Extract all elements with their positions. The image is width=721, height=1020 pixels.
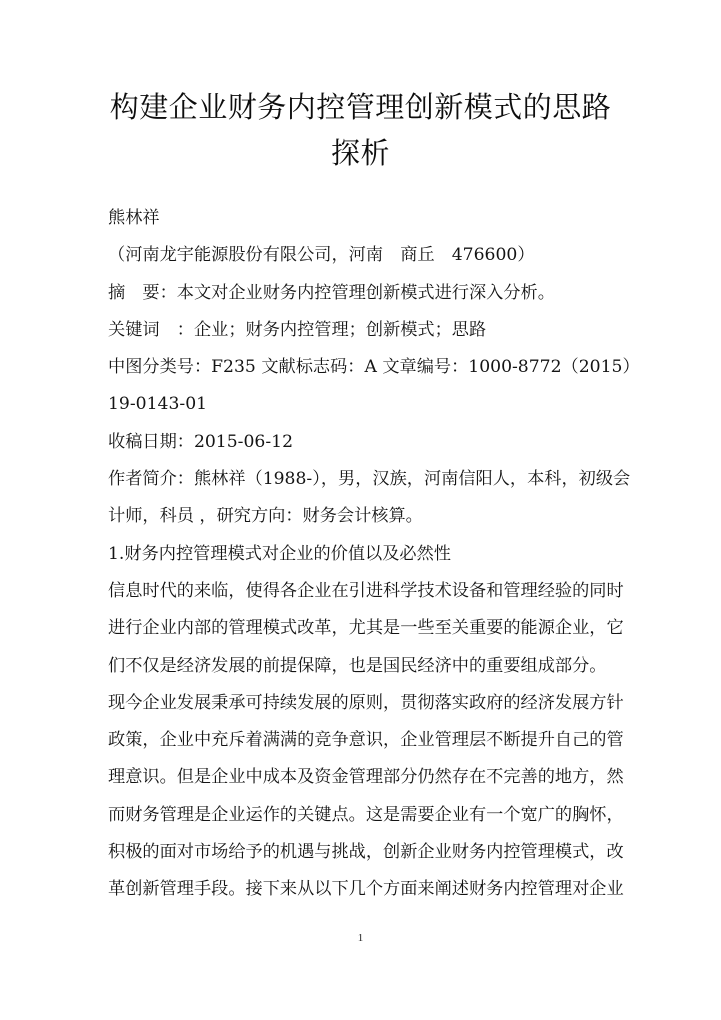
- section-heading: 1.财务内控管理模式对企业的价值以及必然性: [108, 539, 614, 576]
- paragraph-line: 政策，企业中充斥着满满的竞争意识，企业管理层不断提升自己的管: [108, 725, 614, 762]
- paragraph-line: 信息时代的来临，使得各企业在引进科学技术设备和管理经验的同时: [108, 576, 614, 613]
- author-affiliation: （河南龙宇能源股份有限公司，河南 商丘 476600）: [108, 240, 614, 277]
- paragraph-line: 进行企业内部的管理模式改革，尤其是一些至关重要的能源企业，它: [108, 613, 614, 650]
- paragraph-line: 革创新管理手段。接下来从以下几个方面来阐述财务内控管理对企业: [108, 874, 614, 911]
- document-page: 构建企业财务内控管理创新模式的思路探析 熊林祥 （河南龙宇能源股份有限公司，河南…: [0, 0, 721, 1020]
- paragraph-line: 现今企业发展秉承可持续发展的原则，贯彻落实政府的经济发展方针: [108, 688, 614, 725]
- paragraph-line: 理意识。但是企业中成本及资金管理部分仍然存在不完善的地方，然: [108, 762, 614, 799]
- document-body: 熊林祥 （河南龙宇能源股份有限公司，河南 商丘 476600） 摘 要：本文对企…: [108, 203, 614, 912]
- paragraph-line: 而财务管理是企业运作的关键点。这是需要企业有一个宽广的胸怀，: [108, 800, 614, 837]
- paragraph-line: 积极的面对市场给予的机遇与挑战，创新企业财务内控管理模式，改: [108, 837, 614, 874]
- classification-info-continued: 19-0143-01: [108, 389, 614, 426]
- author-name: 熊林祥: [108, 203, 614, 240]
- document-title: 构建企业财务内控管理创新模式的思路探析: [100, 84, 621, 176]
- page-number: 1: [0, 932, 721, 944]
- abstract: 摘 要：本文对企业财务内控管理创新模式进行深入分析。: [108, 278, 614, 315]
- received-date: 收稿日期：2015-06-12: [108, 427, 614, 464]
- author-bio: 作者简介：熊林祥（1988-），男，汉族，河南信阳人，本科，初级会: [108, 464, 614, 501]
- author-bio-continued: 计师，科员 ，研究方向：财务会计核算。: [108, 501, 614, 538]
- classification-info: 中图分类号：F235 文献标志码：A 文章编号：1000-8772（2015）: [108, 352, 614, 389]
- paragraph-line: 们不仅是经济发展的前提保障，也是国民经济中的重要组成部分。: [108, 651, 614, 688]
- keywords: 关键词 ：企业；财务内控管理；创新模式；思路: [108, 315, 614, 352]
